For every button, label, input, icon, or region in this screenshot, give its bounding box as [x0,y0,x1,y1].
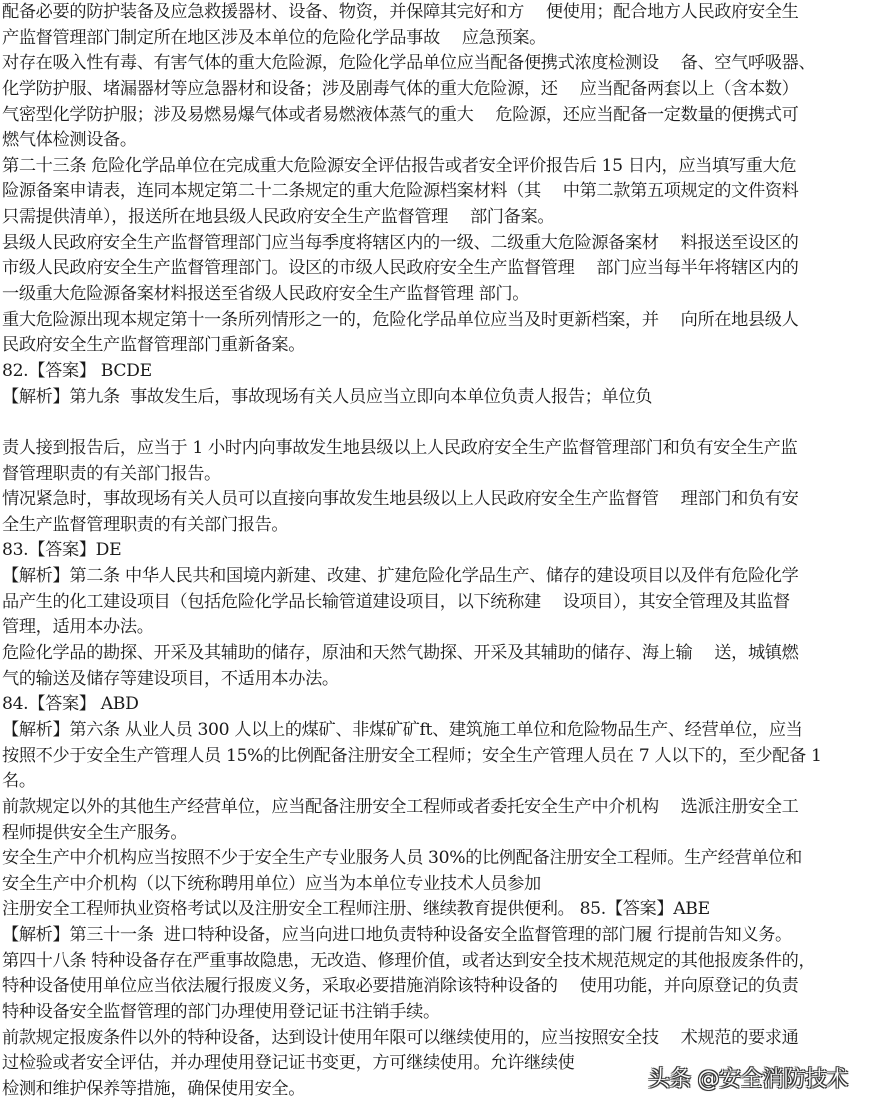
text-line: 第二十三条 危险化学品单位在完成重大危险源安全评估报告或者安全评价报告后 15 … [2,154,871,180]
analysis-line: 【解析】第九条 事故发生后，事故现场有关人员应当立即向本单位负责人报告；单位负 [2,385,871,411]
document-page: 配备必要的防护装备及应急救援器材、设备、物资，并保障其完好和方 便使用；配合地方… [0,0,871,1103]
text-line: 督管理职责的有关部门报告。 [2,462,871,488]
text-line: 管理，适用本办法。 [2,615,871,641]
text-line: 特种设备使用单位应当依法履行报废义务，采取必要措施消除该特种设备的 使用功能，并… [2,974,871,1000]
text-line: 只需提供清单），报送所在地县级人民政府安全生产监督管理 部门备案。 [2,205,871,231]
text-line-with-answer-85: 注册安全工程师执业资格考试以及注册安全工程师注册、继续教育提供便利。 85.【答… [2,897,871,923]
text-line: 化学防护服、堵漏器材等应急器材和设备；涉及剧毒气体的重大危险源，还 应当配备两套… [2,77,871,103]
text-line: 全生产监督管理职责的有关部门报告。 [2,513,871,539]
text-line: 安全生产中介机构（以下统称聘用单位）应当为本单位专业技术人员参加 [2,872,871,898]
text-line: 程师提供安全生产服务。 [2,821,871,847]
text-line: 第四十八条 特种设备存在严重事故隐患，无改造、修理价值，或者达到安全技术规范规定… [2,949,871,975]
analysis-line: 【解析】第三十一条 进口特种设备，应当向进口地负责特种设备安全监督管理的部门履 … [2,923,871,949]
text-line: 按照不少于安全生产管理人员 15%的比例配备注册安全工程师；安全生产管理人员在 … [2,744,871,770]
text-line: 危险化学品的勘探、开采及其辅助的储存，原油和天然气勘探、开采及其辅助的储存、海上… [2,641,871,667]
text-line: 气密型化学防护服；涉及易燃易爆气体或者易燃液体蒸气的重大 危险源，还应当配备一定… [2,103,871,129]
text-line: 民政府安全生产监督管理部门重新备案。 [2,333,871,359]
text-line: 险源备案申请表，连同本规定第二十二条规定的重大危险源档案材料（其 中第二款第五项… [2,179,871,205]
text-line: 特种设备安全监督管理的部门办理使用登记证书注销手续。 [2,1000,871,1026]
text-line: 县级人民政府安全生产监督管理部门应当每季度将辖区内的一级、二级重大危险源备案材 … [2,231,871,257]
text-line: 安全生产中介机构应当按照不少于安全生产专业服务人员 30%的比例配备注册安全工程… [2,846,871,872]
answer-heading-83: 83.【答案】DE [2,538,871,564]
text-line: 品产生的化工建设项目（包括危险化学品长输管道建设项目，以下统称建 设项目），其安… [2,590,871,616]
text-line: 对存在吸入性有毒、有害气体的重大危险源，危险化学品单位应当配备便携式浓度检测设 … [2,51,871,77]
text-line: 重大危险源出现本规定第十一条所列情形之一的，危险化学品单位应当及时更新档案，并 … [2,308,871,334]
text-line: 前款规定以外的其他生产经营单位，应当配备注册安全工程师或者委托安全生产中介机构 … [2,795,871,821]
text-line: 情况紧急时，事故现场有关人员可以直接向事故发生地县级以上人民政府安全生产监督管 … [2,487,871,513]
text-line: 配备必要的防护装备及应急救援器材、设备、物资，并保障其完好和方 便使用；配合地方… [2,0,871,26]
text-line: 燃气体检测设备。 [2,128,871,154]
text-line: 名。 [2,769,871,795]
text-line: 前款规定报废条件以外的特种设备，达到设计使用年限可以继续使用的，应当按照安全技 … [2,1026,871,1052]
text-line: 市级人民政府安全生产监督管理部门。设区的市级人民政府安全生产监督管理 部门应当每… [2,256,871,282]
analysis-line: 【解析】第六条 从业人员 300 人以上的煤矿、非煤矿矿ft、建筑施工单位和危险… [2,718,871,744]
answer-heading-82: 82.【答案】 BCDE [2,359,871,385]
text-line: 气的输送及储存等建设项目，不适用本办法。 [2,667,871,693]
blank-line [2,410,871,436]
analysis-line: 【解析】第二条 中华人民共和国境内新建、改建、扩建危险化学品生产、储存的建设项目… [2,564,871,590]
answer-heading-84: 84.【答案】 ABD [2,692,871,718]
text-line: 责人接到报告后，应当于 1 小时内向事故发生地县级以上人民政府安全生产监督管理部… [2,436,871,462]
watermark: 头条 @安全消防技术 [648,1062,848,1093]
text-line: 产监督管理部门制定所在地区涉及本单位的危险化学品事故 应急预案。 [2,26,871,52]
text-line: 一级重大危险源备案材料报送至省级人民政府安全生产监督管理 部门。 [2,282,871,308]
